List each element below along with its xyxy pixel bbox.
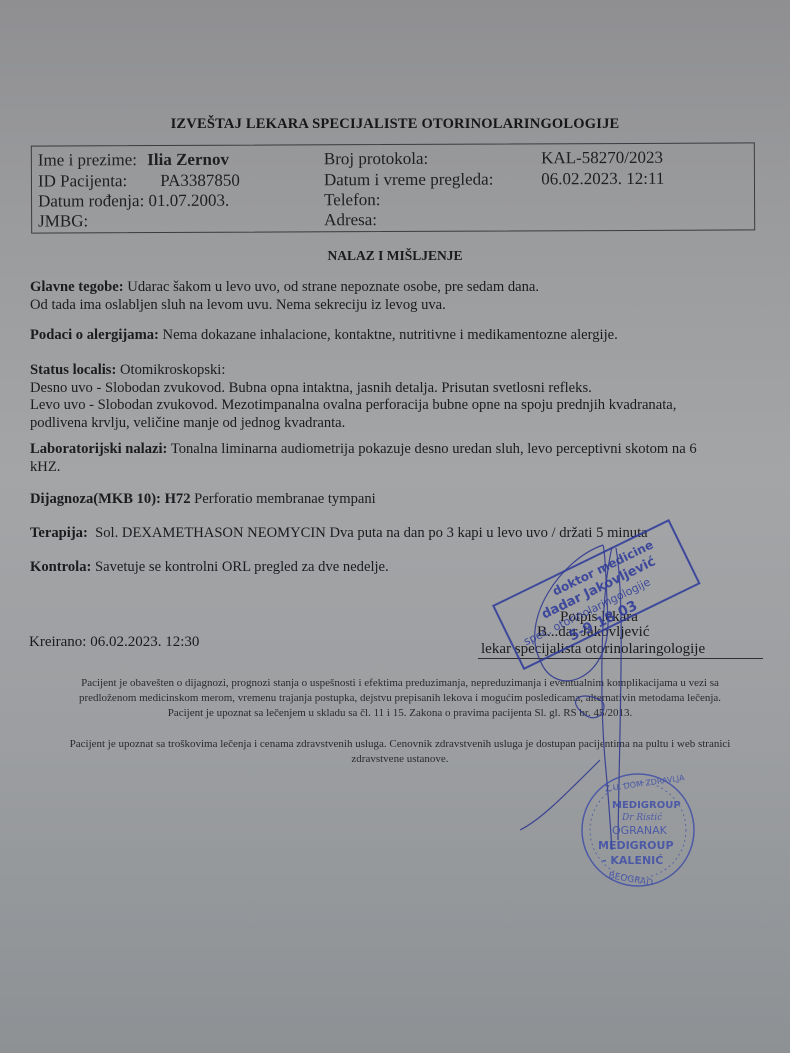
diagnosis-code: H72 xyxy=(161,491,191,507)
diagnosis-label: Dijagnoza(MKB 10): xyxy=(30,491,161,507)
consent-text: Pacijent je obavešten o dijagnozi, progn… xyxy=(30,676,770,721)
diagnosis-paragraph: Dijagnoza(MKB 10): H72 Perforatio membra… xyxy=(30,491,770,509)
patient-name-row: Ime i prezime: Ilia Zernov xyxy=(38,150,229,171)
consent-line-2: predloženom medicinskom merom, vremenu t… xyxy=(30,691,770,706)
patient-name-value: Ilia Zernov xyxy=(147,150,229,169)
control-label: Kontrola: xyxy=(30,559,91,575)
phone-row: Telefon: xyxy=(324,190,380,210)
patient-id-label: ID Pacijenta: xyxy=(38,171,156,192)
status-localis-label: Status localis: xyxy=(30,362,116,378)
exam-datetime-label: Datum i vreme pregleda: xyxy=(324,169,537,190)
exam-datetime-row: Datum i vreme pregleda: 06.02.2023. 12:1… xyxy=(324,169,664,190)
diagnosis-text: Perforatio membranae tympani xyxy=(191,491,376,507)
clinic-stamp-line-3: Dr Ristić xyxy=(621,812,663,823)
complaints-text-1: Udarac šakom u levo uvo, od strane nepoz… xyxy=(124,279,539,295)
consent-line-3: Pacijent je upoznat sa lečenjem u skladu… xyxy=(30,706,770,721)
patient-dob-label: Datum rođenja: xyxy=(38,191,144,211)
left-ear-finding-2: podlivena krvlju, veličine manje od jedn… xyxy=(30,415,770,433)
consent-line-1: Pacijent je obavešten o dijagnozi, progn… xyxy=(30,676,770,691)
phone-label: Telefon: xyxy=(324,190,380,210)
signature-line xyxy=(478,658,763,659)
patient-id-row: ID Pacijenta: PA3387850 xyxy=(38,171,240,192)
patient-dob-value: 01.07.2003. xyxy=(148,191,229,210)
lab-text-2: kHZ. xyxy=(30,459,770,477)
therapy-label: Terapija: xyxy=(30,525,88,541)
patient-id-value: PA3387850 xyxy=(160,171,240,190)
clinic-stamp: Z.U. DOM ZDRAVLJA MEDIGROUP Dr Ristić OG… xyxy=(582,773,694,888)
allergies-paragraph: Podaci o alergijama: Nema dokazane inhal… xyxy=(30,327,770,345)
complaints-label: Glavne tegobe: xyxy=(30,279,124,295)
status-localis-paragraph: Status localis: Otomikroskopski: Desno u… xyxy=(30,362,770,432)
lab-paragraph: Laboratorijski nalazi: Tonalna liminarna… xyxy=(30,441,770,476)
clinic-stamp-line-7: BEOGRAD xyxy=(608,871,654,889)
control-text: Savetuje se kontrolni ORL pregled za dve… xyxy=(91,559,388,575)
complaints-paragraph: Glavne tegobe: Udarac šakom u levo uvo, … xyxy=(30,279,770,314)
clinic-stamp-line-4: OGRANAK xyxy=(612,824,668,837)
protocol-row: Broj protokola: KAL-58270/2023 xyxy=(324,148,663,169)
allergies-label: Podaci o alergijama: xyxy=(30,327,159,343)
clinic-stamp-line-1: Z.U. DOM ZDRAVLJA xyxy=(604,773,685,793)
address-label: Adresa: xyxy=(324,210,377,230)
complaints-text-2: Od tada ima oslabljen sluh na levom uvu.… xyxy=(30,297,770,315)
patient-dob-row: Datum rođenja: 01.07.2003. xyxy=(38,191,229,212)
costs-line-1: Pacijent je upoznat sa troškovima lečenj… xyxy=(30,737,770,752)
right-ear-finding: Desno uvo - Slobodan zvukovod. Bubna opn… xyxy=(30,380,770,398)
control-paragraph: Kontrola: Savetuje se kontrolni ORL preg… xyxy=(30,559,770,577)
doctor-title: lekar specijalista otorinolaringologije xyxy=(481,641,705,658)
costs-text: Pacijent je upoznat sa troškovima lečenj… xyxy=(30,737,770,767)
protocol-label: Broj protokola: xyxy=(324,148,537,169)
therapy-paragraph: Terapija: Sol. DEXAMETHASON NEOMYCIN Dva… xyxy=(30,525,770,543)
findings-section-title: NALAZ I MIŠLJENJE xyxy=(0,248,790,264)
status-localis-intro: Otomikroskopski: xyxy=(116,362,225,378)
patient-info-box: Ime i prezime: Ilia Zernov ID Pacijenta:… xyxy=(31,142,755,233)
lab-label: Laboratorijski nalazi: xyxy=(30,441,167,457)
therapy-text: Sol. DEXAMETHASON NEOMYCIN Dva puta na d… xyxy=(88,525,648,541)
clinic-stamp-line-5: MEDIGROUP xyxy=(598,839,674,852)
lab-text-1: Tonalna liminarna audiometrija pokazuje … xyxy=(167,441,696,457)
left-ear-finding-1: Levo uvo - Slobodan zvukovod. Mezotimpan… xyxy=(30,397,770,415)
patient-jmbg-row: JMBG: xyxy=(38,211,88,231)
patient-name-label: Ime i prezime: xyxy=(38,150,137,170)
costs-line-2: zdravstvene ustanove. xyxy=(30,752,770,767)
document-page: IZVEŠTAJ LEKARA SPECIJALISTE OTORINOLARI… xyxy=(0,0,790,1053)
report-title: IZVEŠTAJ LEKARA SPECIJALISTE OTORINOLARI… xyxy=(0,116,790,133)
protocol-value: KAL-58270/2023 xyxy=(541,148,663,168)
clinic-stamp-line-2: MEDIGROUP xyxy=(612,800,681,811)
address-row: Adresa: xyxy=(324,210,377,230)
doctor-name: B...dar Jakovljević xyxy=(537,624,649,641)
created-timestamp: Kreirano: 06.02.2023. 12:30 xyxy=(29,634,199,651)
clinic-stamp-line-6: - KALENIĆ xyxy=(602,854,663,867)
patient-jmbg-label: JMBG: xyxy=(38,211,88,231)
exam-datetime-value: 06.02.2023. 12:11 xyxy=(541,169,664,189)
allergies-text: Nema dokazane inhalacione, kontaktne, nu… xyxy=(159,327,618,343)
